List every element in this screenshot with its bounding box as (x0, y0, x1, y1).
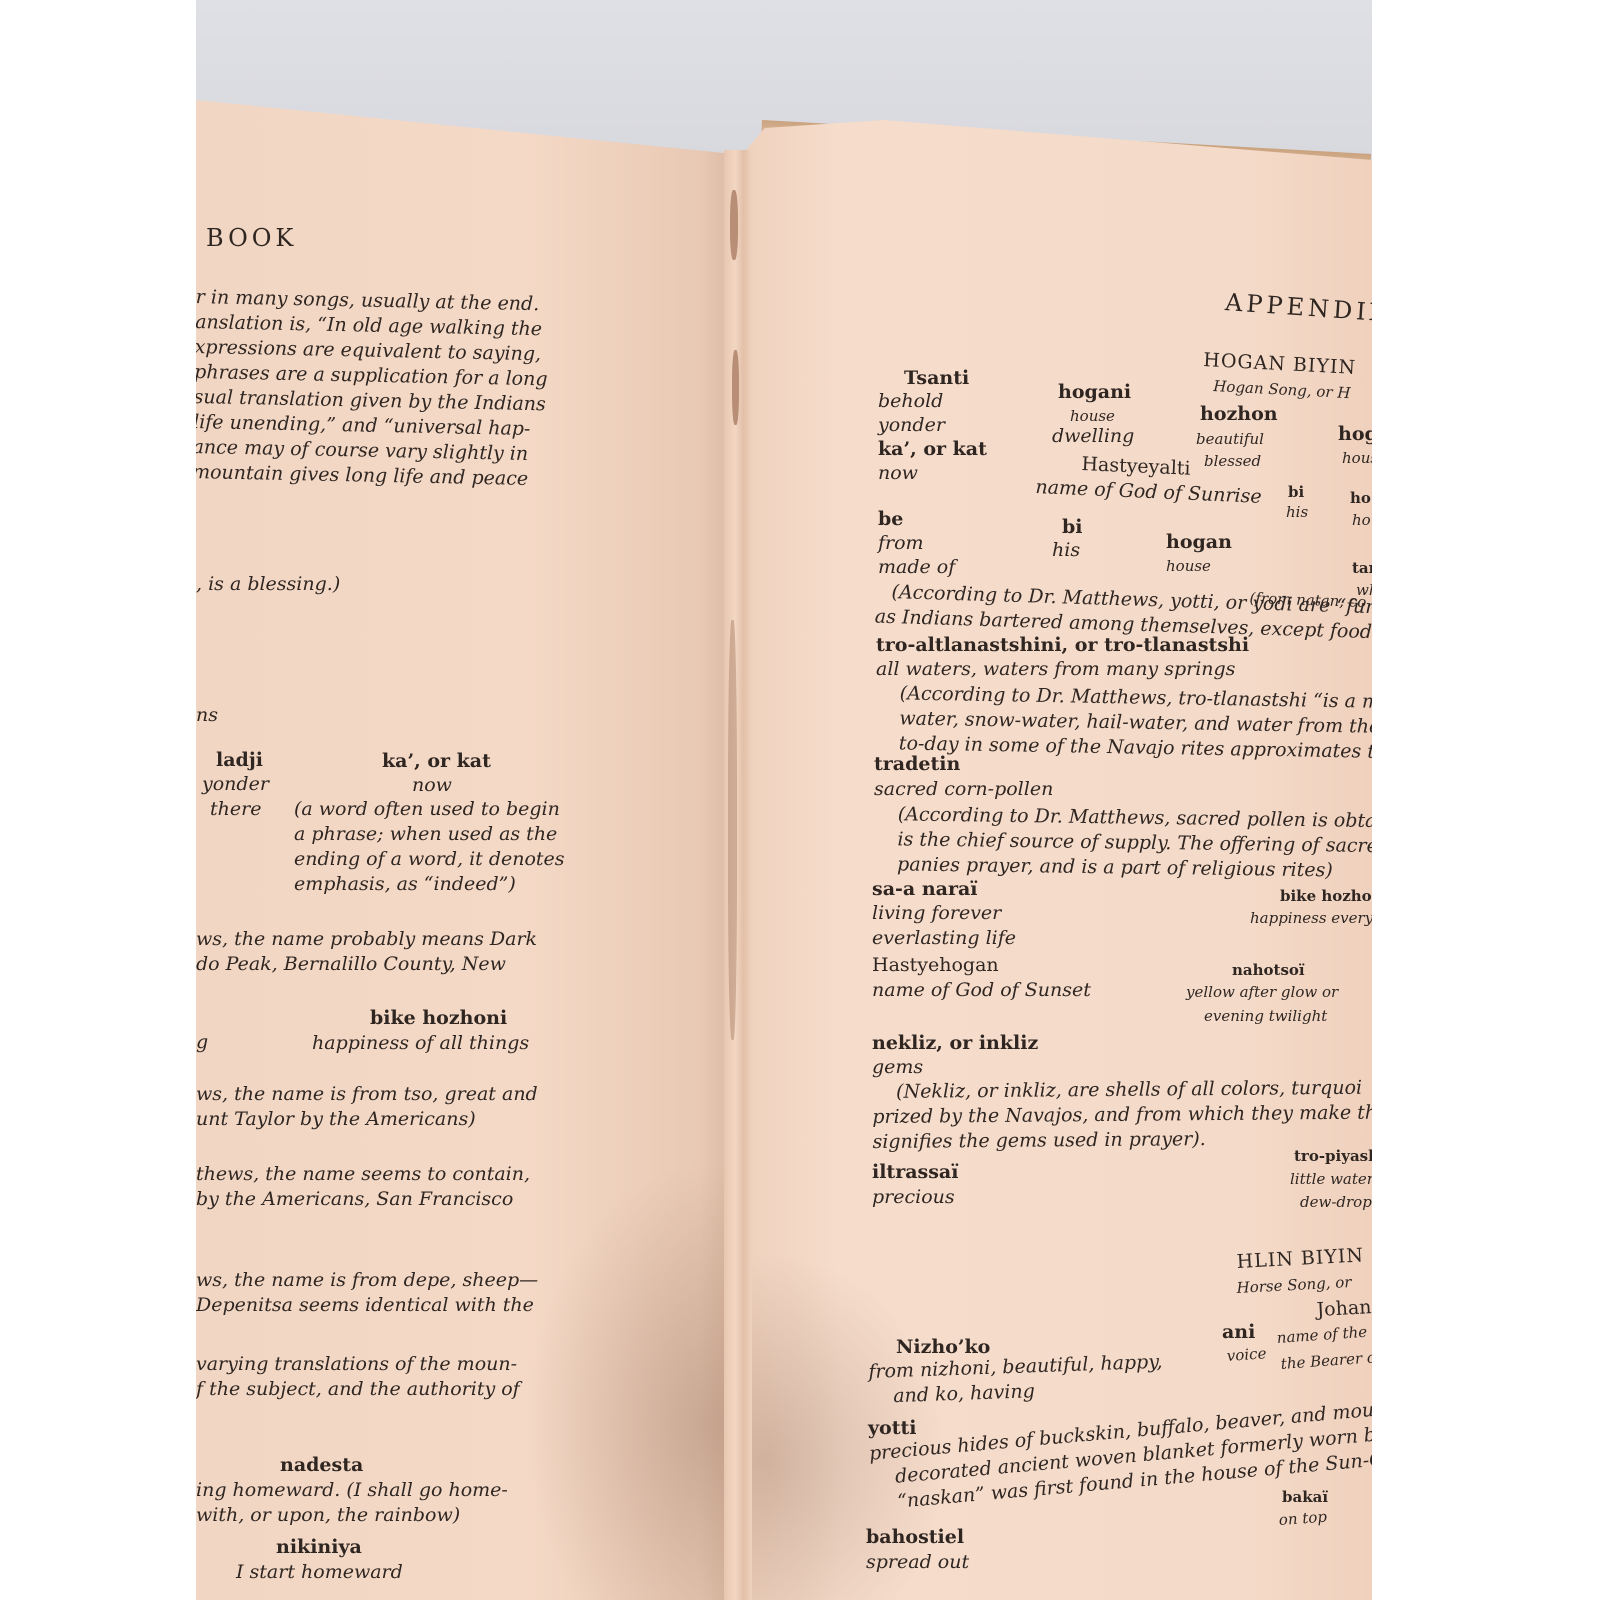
left-running-head: BOOK (206, 226, 297, 251)
word-iltrassai: iltrassaï (872, 1160, 958, 1185)
left-para-6: varying translations of the moun-f the s… (196, 1352, 520, 1402)
gloss-there: there (210, 797, 261, 822)
gloss-dwelling: dwelling (1052, 424, 1134, 449)
nadesta-gloss: ing homeward. (I shall go home- with, or… (196, 1478, 508, 1528)
book-photo: BOOK r in many songs, usually at the end… (196, 0, 1372, 1600)
gloss-nizhoko: from nizhoni, beautiful, happy, and ko, … (868, 1350, 1164, 1410)
left-fragment-g: g (196, 1030, 208, 1055)
word-tradetin: tradetin (874, 752, 960, 777)
word-tro-piyash: tro-piyash (1294, 1144, 1372, 1169)
word-hastyehogan: Hastyehogan (872, 953, 999, 978)
torn-binding (728, 620, 737, 1040)
left-para-5: ws, the name is from depe, sheep—Depenit… (196, 1268, 538, 1318)
note-sacred-pollen: (According to Dr. Matthews, sacred polle… (873, 802, 1372, 884)
gloss-happiness-every: happiness every (1250, 906, 1372, 931)
word-kat-right: ka’, or kat (878, 437, 987, 462)
word-kat: ka’, or kat (382, 749, 491, 774)
gloss-little-water: little water (1290, 1167, 1372, 1192)
gloss-voice: voice (1226, 1341, 1267, 1369)
word-be: be (878, 507, 903, 532)
gloss-god-of-sunset: name of God of Sunset (872, 978, 1091, 1003)
gloss-behold: behold (878, 389, 943, 414)
word-bi-2: bi (1062, 515, 1083, 540)
gloss-precious: precious (872, 1185, 955, 1210)
torn-binding (730, 190, 738, 260)
word-nikiniya: nikiniya (276, 1535, 362, 1560)
gloss-his-2: his (1052, 538, 1080, 563)
gloss-happiness: happiness of all things (312, 1031, 529, 1056)
gloss-his: his (1286, 500, 1308, 525)
word-nekliz: nekliz, or inkliz (872, 1031, 1038, 1056)
gloss-house-2: house (1166, 554, 1211, 579)
gloss-yonder: yonder (202, 772, 269, 797)
word-tro-altlanastshini: tro-altlanastshini, or tro-tlanastshi (876, 633, 1249, 658)
gloss-made-of: made of (878, 555, 955, 580)
word-bike-hozhoni: bike hozhoni (370, 1006, 507, 1031)
word-hoga-col: hoga (1338, 422, 1372, 447)
gloss-living-forever: living forever (872, 901, 1001, 926)
gloss-all-waters: all waters, waters from many springs (876, 657, 1235, 682)
gloss-hous-col: hous (1342, 446, 1372, 471)
gloss-blessed: blessed (1204, 449, 1261, 474)
gloss-nikiniya: I start homeward (236, 1560, 403, 1585)
word-hogani: hogani (1058, 380, 1131, 405)
left-blessing-line: , is a blessing.) (196, 572, 340, 597)
gloss-on-top: on top (1278, 1505, 1328, 1533)
gloss-sacred-corn-pollen: sacred corn-pollen (874, 777, 1053, 802)
gloss-now-right: now (878, 461, 918, 486)
gloss-yonder: yonder (878, 413, 945, 438)
gloss-from: from (878, 531, 924, 556)
gloss-spread-out: spread out (866, 1550, 969, 1575)
left-fragment: ns (196, 703, 218, 728)
word-nadesta: nadesta (280, 1453, 363, 1478)
word-saa-narai: sa-a naraï (872, 877, 977, 902)
word-yotti: yotti (868, 1416, 916, 1441)
gloss-yellow-after-glow: yellow after glow or (1186, 980, 1338, 1005)
left-para-4: thews, the name seems to contain,by the … (196, 1162, 530, 1212)
left-para-3: ws, the name is from tso, great andunt T… (196, 1082, 538, 1132)
left-para-2: ws, the name probably means Darkdo Peak,… (196, 927, 537, 977)
gloss-ho-col: ho (1352, 508, 1371, 533)
word-hozhon: hozhon (1200, 402, 1278, 427)
gloss-now: now (412, 773, 452, 798)
word-johano: Johano (1316, 1295, 1372, 1323)
word-hogan: hogan (1166, 530, 1232, 555)
left-para-1: r in many songs, usually at the end.ansl… (196, 285, 549, 492)
word-ladji: ladji (216, 748, 263, 773)
torn-binding (732, 350, 739, 425)
word-bahostiel: bahostiel (866, 1525, 964, 1550)
gloss-gems: gems (872, 1055, 923, 1080)
word-tsanti: Tsanti (904, 366, 969, 391)
gloss-everlasting-life: everlasting life (872, 926, 1016, 951)
book-spine (724, 150, 752, 1600)
gloss-dew-drop: dew-drop (1300, 1190, 1372, 1215)
gloss-evening-twilight: evening twilight (1204, 1004, 1327, 1029)
kat-note: (a word often used to begina phrase; whe… (294, 797, 565, 897)
